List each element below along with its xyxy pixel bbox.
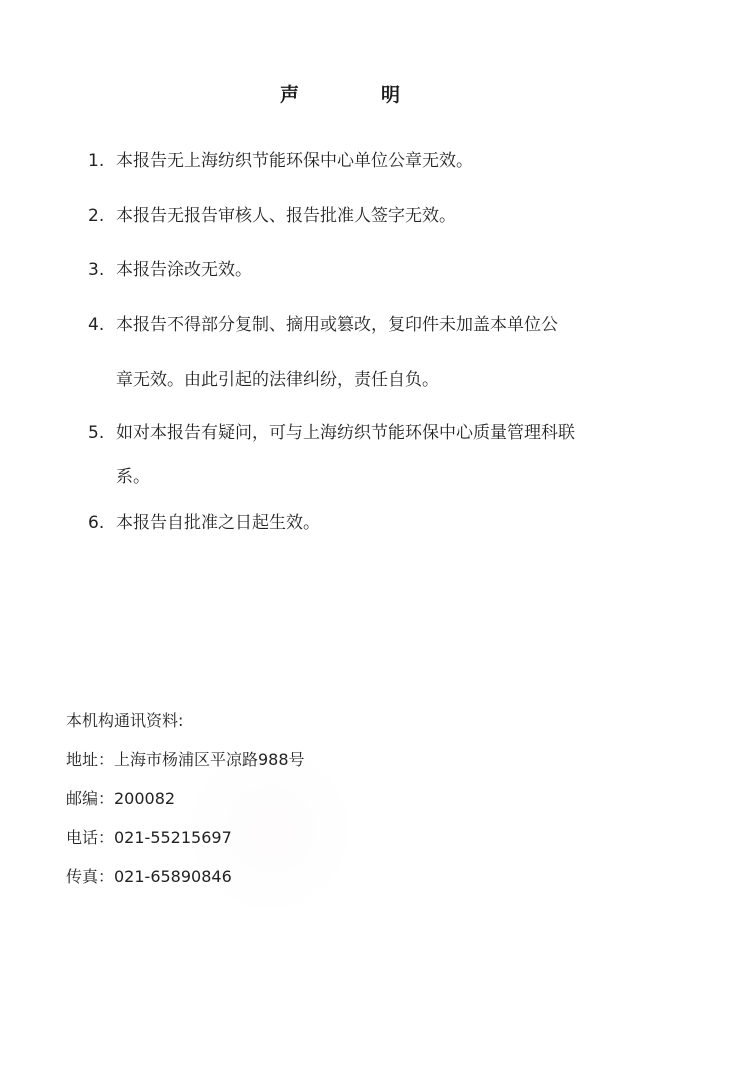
statement-text: 本报告无上海纺织节能环保中心单位公章无效。 — [116, 151, 473, 171]
statement-2: 2.本报告无报告审核人、报告批准人签字无效。 — [88, 205, 456, 227]
contact-postcode: 邮编：200082 — [66, 788, 175, 810]
statement-text: 本报告不得部分复制、摘用或篡改，复印件未加盖本单位公 — [116, 315, 558, 335]
statement-5: 5.如对本报告有疑问，可与上海纺织节能环保中心质量管理科联 — [88, 422, 575, 444]
statement-text: 本报告涂改无效。 — [116, 260, 252, 280]
statement-text: 本报告自批准之日起生效。 — [116, 513, 320, 533]
page-title: 声 明 — [280, 80, 400, 106]
statement-5-continuation: 系。 — [116, 466, 150, 488]
document-page: 声 明 1.本报告无上海纺织节能环保中心单位公章无效。 2.本报告无报告审核人、… — [0, 0, 742, 1070]
statement-number: 4. — [88, 314, 116, 336]
contact-fax: 传真：021-65890846 — [66, 866, 232, 888]
statement-text: 本报告无报告审核人、报告批准人签字无效。 — [116, 206, 456, 226]
statement-number: 1. — [88, 150, 116, 172]
statement-6: 6.本报告自批准之日起生效。 — [88, 512, 320, 534]
statement-3: 3.本报告涂改无效。 — [88, 259, 252, 281]
statement-1: 1.本报告无上海纺织节能环保中心单位公章无效。 — [88, 150, 473, 172]
statement-number: 6. — [88, 512, 116, 534]
statement-4: 4.本报告不得部分复制、摘用或篡改，复印件未加盖本单位公 — [88, 314, 558, 336]
statement-number: 5. — [88, 422, 116, 444]
statement-number: 3. — [88, 259, 116, 281]
title-char-2: 明 — [381, 80, 400, 107]
title-char-1: 声 — [280, 80, 299, 107]
contact-heading: 本机构通讯资料: — [66, 710, 183, 732]
contact-address: 地址：上海市杨浦区平凉路988号 — [66, 749, 305, 771]
contact-phone: 电话：021-55215697 — [66, 827, 232, 849]
statement-number: 2. — [88, 205, 116, 227]
statement-text: 如对本报告有疑问，可与上海纺织节能环保中心质量管理科联 — [116, 423, 575, 443]
statement-4-continuation: 章无效。由此引起的法律纠纷，责任自负。 — [116, 369, 439, 391]
